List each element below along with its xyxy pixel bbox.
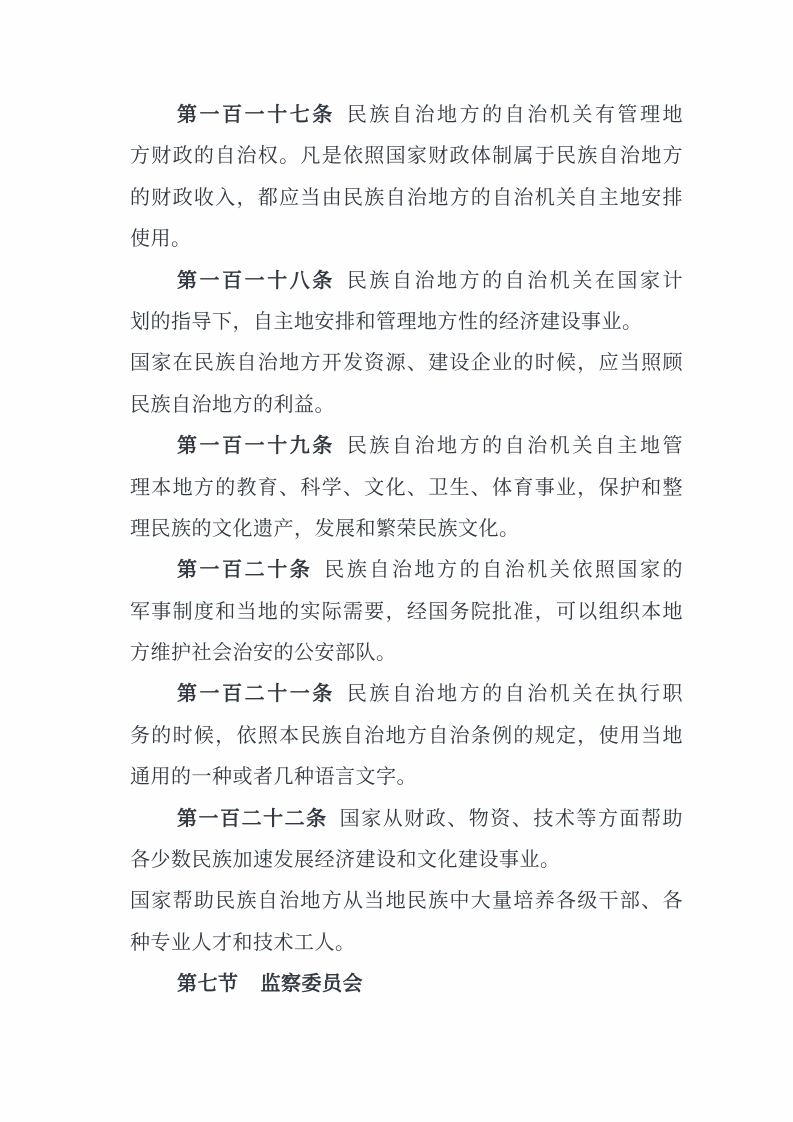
text-line: 军事制度和当地的实际需要，经国务院批准，可以组织本地 — [130, 592, 683, 633]
article-number: 第一百一十九条 — [177, 435, 335, 457]
line-text: 方财政的自治权。凡是依照国家财政体制属于民族自治地方 — [130, 145, 683, 167]
text-line: 第一百二十二条国家从财政、物资、技术等方面帮助 — [130, 799, 683, 840]
section-title: 监察委员会 — [261, 973, 364, 995]
article-number: 第一百二十条 — [177, 559, 312, 581]
line-text: 国家从财政、物资、技术等方面帮助 — [340, 808, 683, 830]
article-number: 第一百一十八条 — [177, 270, 335, 292]
line-text: 民族自治地方的自治机关在国家计 — [347, 270, 683, 292]
line-text: 军事制度和当地的实际需要，经国务院批准，可以组织本地 — [130, 601, 683, 623]
line-text: 方维护社会治安的公安部队。 — [130, 642, 397, 664]
line-text: 民族自治地方的利益。 — [130, 394, 335, 416]
text-line: 通用的一种或者几种语言文字。 — [130, 757, 683, 798]
line-text: 各少数民族加速发展经济建设和文化建设事业。 — [130, 849, 561, 871]
article-number: 第一百二十二条 — [177, 808, 328, 830]
line-text: 民族自治地方的自治机关依照国家的 — [324, 559, 683, 581]
line-text: 通用的一种或者几种语言文字。 — [130, 766, 417, 788]
text-line: 国家帮助民族自治地方从当地民族中大量培养各级干部、各 — [130, 881, 683, 922]
section-heading-line: 第七节监察委员会 — [130, 964, 683, 1005]
text-line: 划的指导下，自主地安排和管理地方性的经济建设事业。 — [130, 302, 683, 343]
constitution-text-block: 第一百一十七条民族自治地方的自治机关有管理地方财政的自治权。凡是依照国家财政体制… — [130, 95, 683, 1006]
line-text: 种专业人才和技术工人。 — [130, 932, 356, 954]
line-text: 国家在民族自治地方开发资源、建设企业的时候，应当照顾 — [130, 352, 683, 374]
text-line: 方维护社会治安的公安部队。 — [130, 633, 683, 674]
text-line: 务的时候，依照本民族自治地方自治条例的规定，使用当地 — [130, 716, 683, 757]
text-line: 民族自治地方的利益。 — [130, 385, 683, 426]
line-text: 务的时候，依照本民族自治地方自治条例的规定，使用当地 — [130, 725, 683, 747]
text-line: 第一百二十一条民族自治地方的自治机关在执行职 — [130, 674, 683, 715]
text-line: 的财政收入，都应当由民族自治地方的自治机关自主地安排 — [130, 178, 683, 219]
text-line: 第一百一十八条民族自治地方的自治机关在国家计 — [130, 261, 683, 302]
article-number: 第一百二十一条 — [177, 683, 335, 705]
line-text: 国家帮助民族自治地方从当地民族中大量培养各级干部、各 — [130, 890, 683, 912]
document-page: 第一百一十七条民族自治地方的自治机关有管理地方财政的自治权。凡是依照国家财政体制… — [0, 0, 793, 1122]
line-text: 民族自治地方的自治机关在执行职 — [347, 683, 683, 705]
section-number: 第七节 — [177, 973, 239, 995]
line-text: 理民族的文化遗产，发展和繁荣民族文化。 — [130, 518, 520, 540]
text-line: 方财政的自治权。凡是依照国家财政体制属于民族自治地方 — [130, 136, 683, 177]
line-text: 民族自治地方的自治机关有管理地 — [347, 104, 683, 126]
text-line: 各少数民族加速发展经济建设和文化建设事业。 — [130, 840, 683, 881]
text-line: 第一百一十九条民族自治地方的自治机关自主地管 — [130, 426, 683, 467]
text-line: 理本地方的教育、科学、文化、卫生、体育事业，保护和整 — [130, 468, 683, 509]
line-text: 理本地方的教育、科学、文化、卫生、体育事业，保护和整 — [130, 477, 683, 499]
line-text: 民族自治地方的自治机关自主地管 — [347, 435, 683, 457]
text-line: 理民族的文化遗产，发展和繁荣民族文化。 — [130, 509, 683, 550]
text-line: 使用。 — [130, 219, 683, 260]
text-line: 国家在民族自治地方开发资源、建设企业的时候，应当照顾 — [130, 343, 683, 384]
line-text: 的财政收入，都应当由民族自治地方的自治机关自主地安排 — [130, 187, 683, 209]
article-number: 第一百一十七条 — [177, 104, 335, 126]
line-text: 划的指导下，自主地安排和管理地方性的经济建设事业。 — [130, 311, 643, 333]
line-text: 使用。 — [130, 228, 192, 250]
text-line: 第一百一十七条民族自治地方的自治机关有管理地 — [130, 95, 683, 136]
text-line: 第一百二十条民族自治地方的自治机关依照国家的 — [130, 550, 683, 591]
text-line: 种专业人才和技术工人。 — [130, 923, 683, 964]
